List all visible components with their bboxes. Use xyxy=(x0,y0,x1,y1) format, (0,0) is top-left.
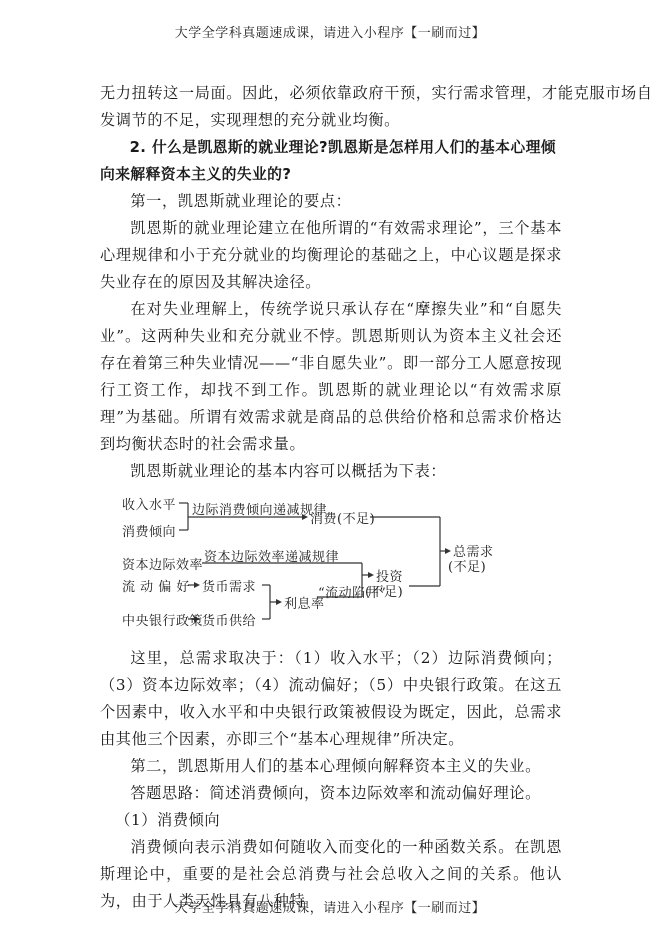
diagram-label-money-supply: 货币供给 xyxy=(202,610,256,629)
diagram-label-investment-short: (不足) xyxy=(365,581,403,600)
paragraph-line: 无力扭转这一局面。因此，必须依靠政府干预，实行需求管理，才能克服市场自 xyxy=(100,80,562,107)
document-body: 无力扭转这一局面。因此，必须依靠政府干预，实行需求管理，才能克服市场自 发调节的… xyxy=(100,80,562,915)
question-heading: 2. 什么是凯恩斯的就业理论?凯恩斯是怎样用人们的基本心理倾向来解释资本主义的失… xyxy=(100,134,562,188)
diagram-label-central-bank: 中央银行政策 xyxy=(122,610,203,629)
diagram-label-liquidity: 流 动 偏 好 xyxy=(122,576,190,595)
diagram-label-agg-demand-short: (不足) xyxy=(448,556,486,575)
subsection-title: （1）消费倾向 xyxy=(100,807,562,834)
paragraph: 在对失业理解上，传统学说只承认存在“摩擦失业”和“自愿失业”。这两种失业和充分就… xyxy=(100,296,562,458)
diagram-label-consumption: 消费(不足) xyxy=(310,508,375,527)
section-title-part2: 第二，凯恩斯用人们的基本心理倾向解释资本主义的失业。 xyxy=(100,753,562,780)
page-header: 大学全学科真题速成课，请进入小程序【一刷而过】 xyxy=(0,22,660,41)
paragraph: 凯恩斯就业理论的基本内容可以概括为下表： xyxy=(100,458,562,485)
page-footer: 大学全学科真题速成课，请进入小程序【一刷而过】 xyxy=(0,897,660,916)
keynes-employment-diagram: 收入水平 消费倾向 边际消费倾向递减规律 消费(不足) 资本边际效率 资本边际效… xyxy=(122,489,542,639)
section-title-part1: 第一，凯恩斯就业理论的要点： xyxy=(100,188,562,215)
diagram-label-money-demand: 货币需求 xyxy=(202,576,256,595)
diagram-label-mec: 资本边际效率 xyxy=(122,554,203,573)
diagram-label-propensity: 消费倾向 xyxy=(122,521,176,540)
paragraph: 凯恩斯的就业理论建立在他所谓的“有效需求理论”，三个基本心理规律和小于充分就业的… xyxy=(100,215,562,296)
diagram-label-mec-law: 资本边际效率递减规律 xyxy=(204,546,339,565)
diagram-label-mpc-law: 边际消费倾向递减规律 xyxy=(192,499,327,518)
paragraph-line: 发调节的不足，实现理想的充分就业均衡。 xyxy=(100,107,562,134)
paragraph: 这里，总需求取决于：（1）收入水平；（2）边际消费倾向；（3）资本边际效率；（4… xyxy=(100,645,562,753)
answer-hint: 答题思路：简述消费倾向，资本边际效率和流动偏好理论。 xyxy=(100,780,562,807)
diagram-label-income: 收入水平 xyxy=(122,494,176,513)
